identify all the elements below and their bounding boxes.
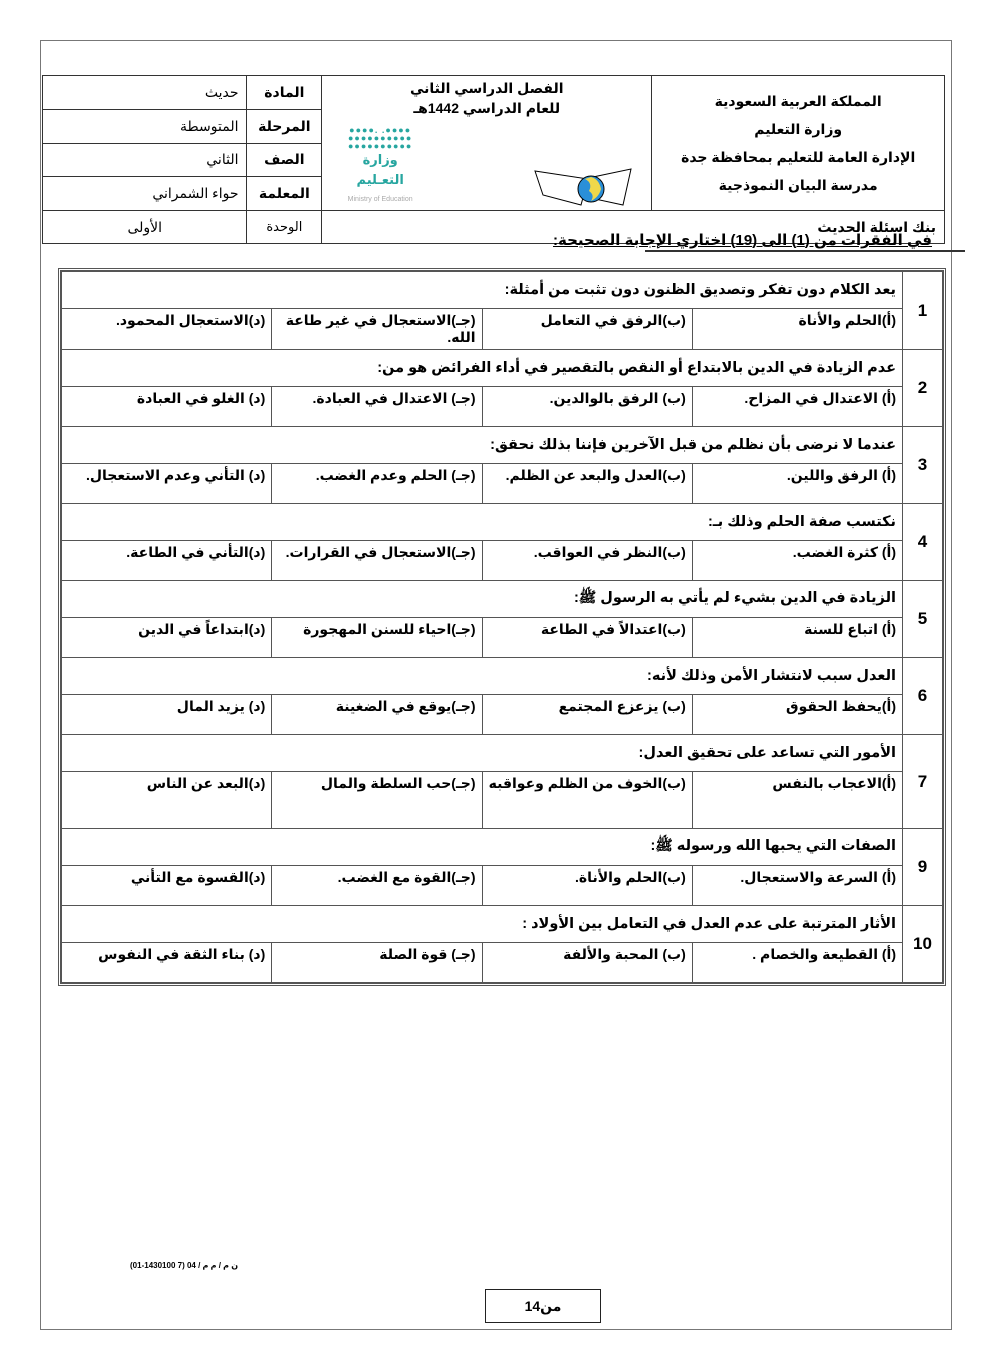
question-stem-row: 3عندما لا نرضى بأن نظلم من قبل الآخرين ف… (62, 427, 943, 464)
ministry-name: وزارة التعليم (660, 115, 936, 143)
question-stem-row: 2عدم الزيادة في الدين بالابتداع أو النقص… (62, 350, 943, 387)
answer-option[interactable]: (د) بناء الثقة في النفوس (62, 943, 272, 983)
answer-option[interactable]: (ب) يزعزع المجتمع (482, 695, 692, 735)
answer-option[interactable]: (أ) الاعتدال في المزاح. (692, 387, 902, 427)
answer-option[interactable]: (د)ابتداعاً في الدين (62, 618, 272, 658)
question-stem: العدل سبب لانتشار الأمن وذلك لأنه: (62, 658, 903, 695)
field-label: المرحلة (247, 109, 322, 143)
question-number: 6 (903, 658, 943, 735)
answer-option[interactable]: (د)القسوة مع التأني (62, 866, 272, 906)
answer-option[interactable]: (أ) الرفق واللين. (692, 464, 902, 504)
question-stem: الأثار المترتبة على عدم العدل في التعامل… (62, 906, 903, 943)
question-stem-row: 9 الصفات التي يحبها الله ورسوله ﷺ: (62, 829, 943, 866)
question-stem-row: 7الأمور التي تساعد على تحقيق العدل: (62, 735, 943, 772)
field-label: المعلمة (247, 177, 322, 211)
answer-option[interactable]: (ب)الحلم والأناة. (482, 866, 692, 906)
field-value: المتوسطة (43, 109, 247, 143)
question-stem-row: 6العدل سبب لانتشار الأمن وذلك لأنه: (62, 658, 943, 695)
question-number: 2 (903, 350, 943, 427)
question-stem: عدم الزيادة في الدين بالابتداع أو النقص … (62, 350, 903, 387)
question-number: 5 (903, 581, 943, 658)
answer-option[interactable]: (جـ)القوة مع الغضب. (272, 866, 482, 906)
answer-option[interactable]: (د) الغلو في العبادة (62, 387, 272, 427)
question-options-row: (أ)الاعجاب بالنفس(ب)الخوف من الظلم وعواق… (62, 772, 943, 829)
answer-option[interactable]: (أ) السرعة والاستعجال. (692, 866, 902, 906)
answer-option[interactable]: (ب)الخوف من الظلم وعواقبه (482, 772, 692, 829)
answer-option[interactable]: (أ)يحفظ الحقوق (692, 695, 902, 735)
answer-option[interactable]: (أ)الاعجاب بالنفس (692, 772, 902, 829)
question-number: 7 (903, 735, 943, 829)
answer-option[interactable]: (جـ)الاستعجال في غير طاعة الله. (272, 309, 482, 350)
answer-option[interactable]: (جـ) الاعتدال في العبادة. (272, 387, 482, 427)
ministry-block: المملكة العربية السعودية وزارة التعليم ا… (652, 76, 945, 211)
questions-table: 1يعد الكلام دون تفكر وتصديق الظنون دون ت… (58, 268, 946, 986)
form-code: ن م / م م / 04 (7 1430100-01) (130, 1261, 238, 1270)
question-stem-row: 5الزيادة في الدين بشيء لم يأتي به الرسول… (62, 581, 943, 618)
question-options-row: (أ)الحلم والأناة(ب)الرفق في التعامل(جـ)ا… (62, 309, 943, 350)
answer-option[interactable]: (جـ)احياء للسنن المهجورة (272, 618, 482, 658)
field-label: الصف (247, 143, 322, 177)
answer-option[interactable]: (ب) الرفق بالوالدين. (482, 387, 692, 427)
answer-option[interactable]: (أ) اتباع للسنة (692, 618, 902, 658)
answer-option[interactable]: (ب)اعتدالاً في الطاعة (482, 618, 692, 658)
question-stem-row: 1يعد الكلام دون تفكر وتصديق الظنون دون ت… (62, 272, 943, 309)
moe-logo: ●●●●. .●●●●●●●●●●●●●●●●●●●●●●●● وزارة ال… (344, 126, 416, 210)
instructions-underline (645, 250, 965, 252)
question-options-row: (أ) الاعتدال في المزاح.(ب) الرفق بالوالد… (62, 387, 943, 427)
question-stem: نكتسب صفة الحلم وذلك بـ: (62, 504, 903, 541)
answer-option[interactable]: (د) يزيد المال (62, 695, 272, 735)
semester-block: الفصل الدراسي الثاني للعام الدراسي 1442ه… (322, 76, 652, 211)
question-options-row: (أ) الرفق واللين.(ب)العدل والبعد عن الظل… (62, 464, 943, 504)
semester-title: الفصل الدراسي الثاني (330, 78, 643, 98)
answer-option[interactable]: (د) التأني وعدم الاستعجال. (62, 464, 272, 504)
answer-option[interactable]: (جـ) قوة الصلة (272, 943, 482, 983)
question-stem: الأمور التي تساعد على تحقيق العدل: (62, 735, 903, 772)
field-label: المادة (247, 76, 322, 110)
unit-label: الوحدة (247, 211, 322, 244)
question-stem: يعد الكلام دون تفكر وتصديق الظنون دون تث… (62, 272, 903, 309)
answer-option[interactable]: (ب)الرفق في التعامل (482, 309, 692, 350)
answer-option[interactable]: (جـ)يوقع في الضغينة (272, 695, 482, 735)
directorate-name: الإدارة العامة للتعليم بمحافظة جدة (660, 143, 936, 171)
answer-option[interactable]: (أ)الحلم والأناة (692, 309, 902, 350)
answer-option[interactable]: (ب)النظر في العواقب. (482, 541, 692, 581)
answer-option[interactable]: (جـ)حب السلطة والمال (272, 772, 482, 829)
kingdom-name: المملكة العربية السعودية (660, 87, 936, 115)
field-value: الثاني (43, 143, 247, 177)
question-stem: الزيادة في الدين بشيء لم يأتي به الرسول … (62, 581, 903, 618)
question-number: 3 (903, 427, 943, 504)
answer-option[interactable]: (أ) كثرة الغضب. (692, 541, 902, 581)
school-globe-logo-icon (533, 165, 633, 210)
answer-option[interactable]: (د)البعد عن الناس (62, 772, 272, 829)
school-name: مدرسة البيان النموذجية (660, 171, 936, 199)
answer-option[interactable]: (جـ)الاستعجال في القرارات. (272, 541, 482, 581)
question-options-row: (أ) القطيعة والخصام .(ب) المحبة والألفة(… (62, 943, 943, 983)
logos: ●●●●. .●●●●●●●●●●●●●●●●●●●●●●●● وزارة ال… (330, 118, 643, 210)
answer-option[interactable]: (د)الاستعجال المحمود. (62, 309, 272, 350)
question-number: 1 (903, 272, 943, 350)
question-stem: الصفات التي يحبها الله ورسوله ﷺ: (62, 829, 903, 866)
academic-year: للعام الدراسي 1442هـ (330, 98, 643, 118)
question-options-row: (أ) كثرة الغضب.(ب)النظر في العواقب.(جـ)ا… (62, 541, 943, 581)
field-value: حديث (43, 76, 247, 110)
field-value: حواء الشمراني (43, 177, 247, 211)
document-header: المملكة العربية السعودية وزارة التعليم ا… (42, 75, 945, 231)
question-number: 4 (903, 504, 943, 581)
page-number: 1من4 (485, 1289, 601, 1323)
answer-option[interactable]: (ب)العدل والبعد عن الظلم. (482, 464, 692, 504)
answer-option[interactable]: (د)التأني في الطاعة. (62, 541, 272, 581)
question-options-row: (أ) اتباع للسنة(ب)اعتدالاً في الطاعة(جـ)… (62, 618, 943, 658)
unit-value: الأولى (43, 211, 247, 244)
question-stem-row: 4نكتسب صفة الحلم وذلك بـ: (62, 504, 943, 541)
question-number: 10 (903, 906, 943, 983)
answer-option[interactable]: (أ) القطيعة والخصام . (692, 943, 902, 983)
question-options-row: (أ)يحفظ الحقوق(ب) يزعزع المجتمع(جـ)يوقع … (62, 695, 943, 735)
question-number: 9 (903, 829, 943, 906)
question-stem-row: 10الأثار المترتبة على عدم العدل في التعا… (62, 906, 943, 943)
question-stem: عندما لا نرضى بأن نظلم من قبل الآخرين فإ… (62, 427, 903, 464)
answer-option[interactable]: (جـ) الحلم وعدم الغضب. (272, 464, 482, 504)
answer-option[interactable]: (ب) المحبة والألفة (482, 943, 692, 983)
instructions: في الفقرات من (1) الى (19) اختاري الإجاب… (553, 231, 932, 249)
question-options-row: (أ) السرعة والاستعجال.(ب)الحلم والأناة.(… (62, 866, 943, 906)
